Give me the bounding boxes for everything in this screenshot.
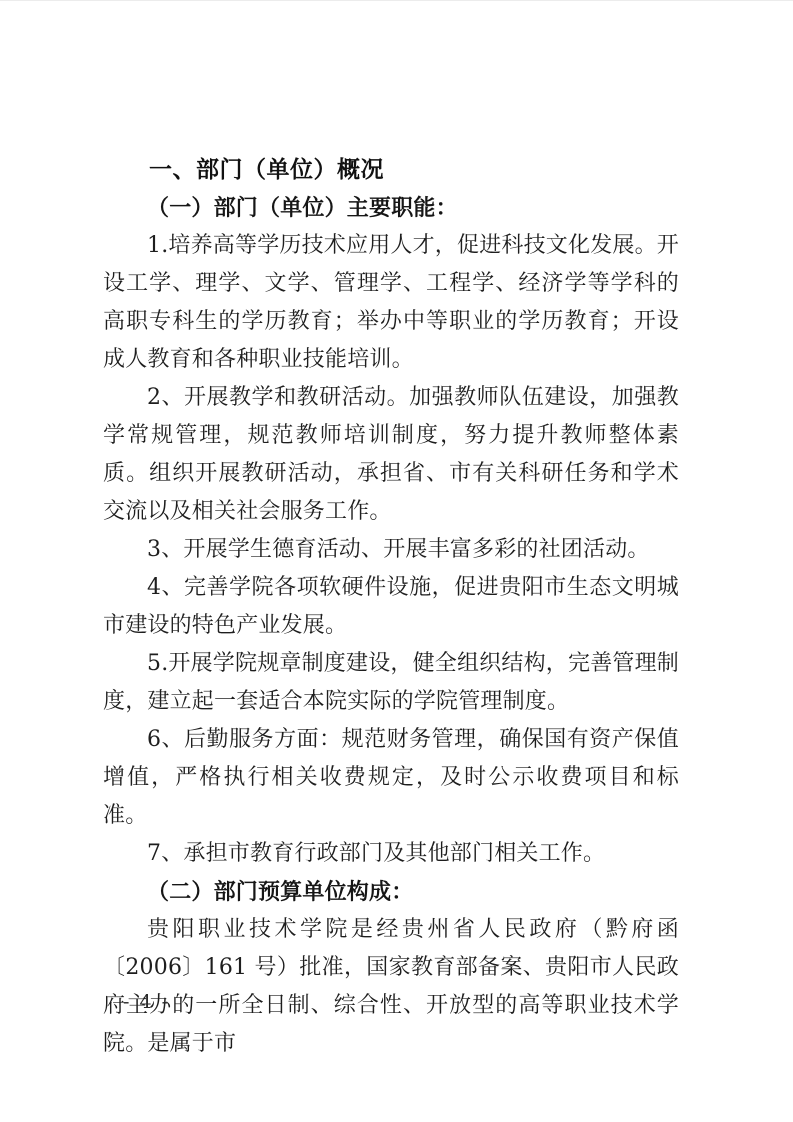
paragraph: 4、完善学院各项软硬件设施，促进贵阳市生态文明城市建设的特色产业发展。 bbox=[103, 569, 679, 645]
subheading: （二）部门预算单位构成： bbox=[103, 873, 679, 911]
paragraph: 7、承担市教育行政部门及其他部门相关工作。 bbox=[103, 835, 679, 873]
paragraph: 2、开展教学和教研活动。加强教师队伍建设，加强教学常规管理，规范教师培训制度，努… bbox=[103, 379, 679, 531]
document-body: 一、部门（单位）概况 （一）部门（单位）主要职能：1.培养高等学历技术应用人才，… bbox=[103, 151, 679, 1063]
page-number: - 4 - bbox=[123, 991, 170, 1013]
paragraph: 3、开展学生德育活动、开展丰富多彩的社团活动。 bbox=[103, 531, 679, 569]
paragraph: 5.开展学院规章制度建设，健全组织结构，完善管理制度，建立起一套适合本院实际的学… bbox=[103, 645, 679, 721]
subheading: （一）部门（单位）主要职能： bbox=[103, 189, 679, 227]
section-heading: 一、部门（单位）概况 bbox=[103, 151, 679, 189]
paragraph-list: （一）部门（单位）主要职能：1.培养高等学历技术应用人才，促进科技文化发展。开设… bbox=[103, 189, 679, 1063]
document-page: 一、部门（单位）概况 （一）部门（单位）主要职能：1.培养高等学历技术应用人才，… bbox=[0, 0, 793, 1122]
paragraph: 1.培养高等学历技术应用人才，促进科技文化发展。开设工学、理学、文学、管理学、工… bbox=[103, 227, 679, 379]
paragraph: 贵阳职业技术学院是经贵州省人民政府（黔府函〔2006〕161 号）批准，国家教育… bbox=[103, 911, 679, 1063]
paragraph: 6、后勤服务方面：规范财务管理，确保国有资产保值增值，严格执行相关收费规定，及时… bbox=[103, 721, 679, 835]
